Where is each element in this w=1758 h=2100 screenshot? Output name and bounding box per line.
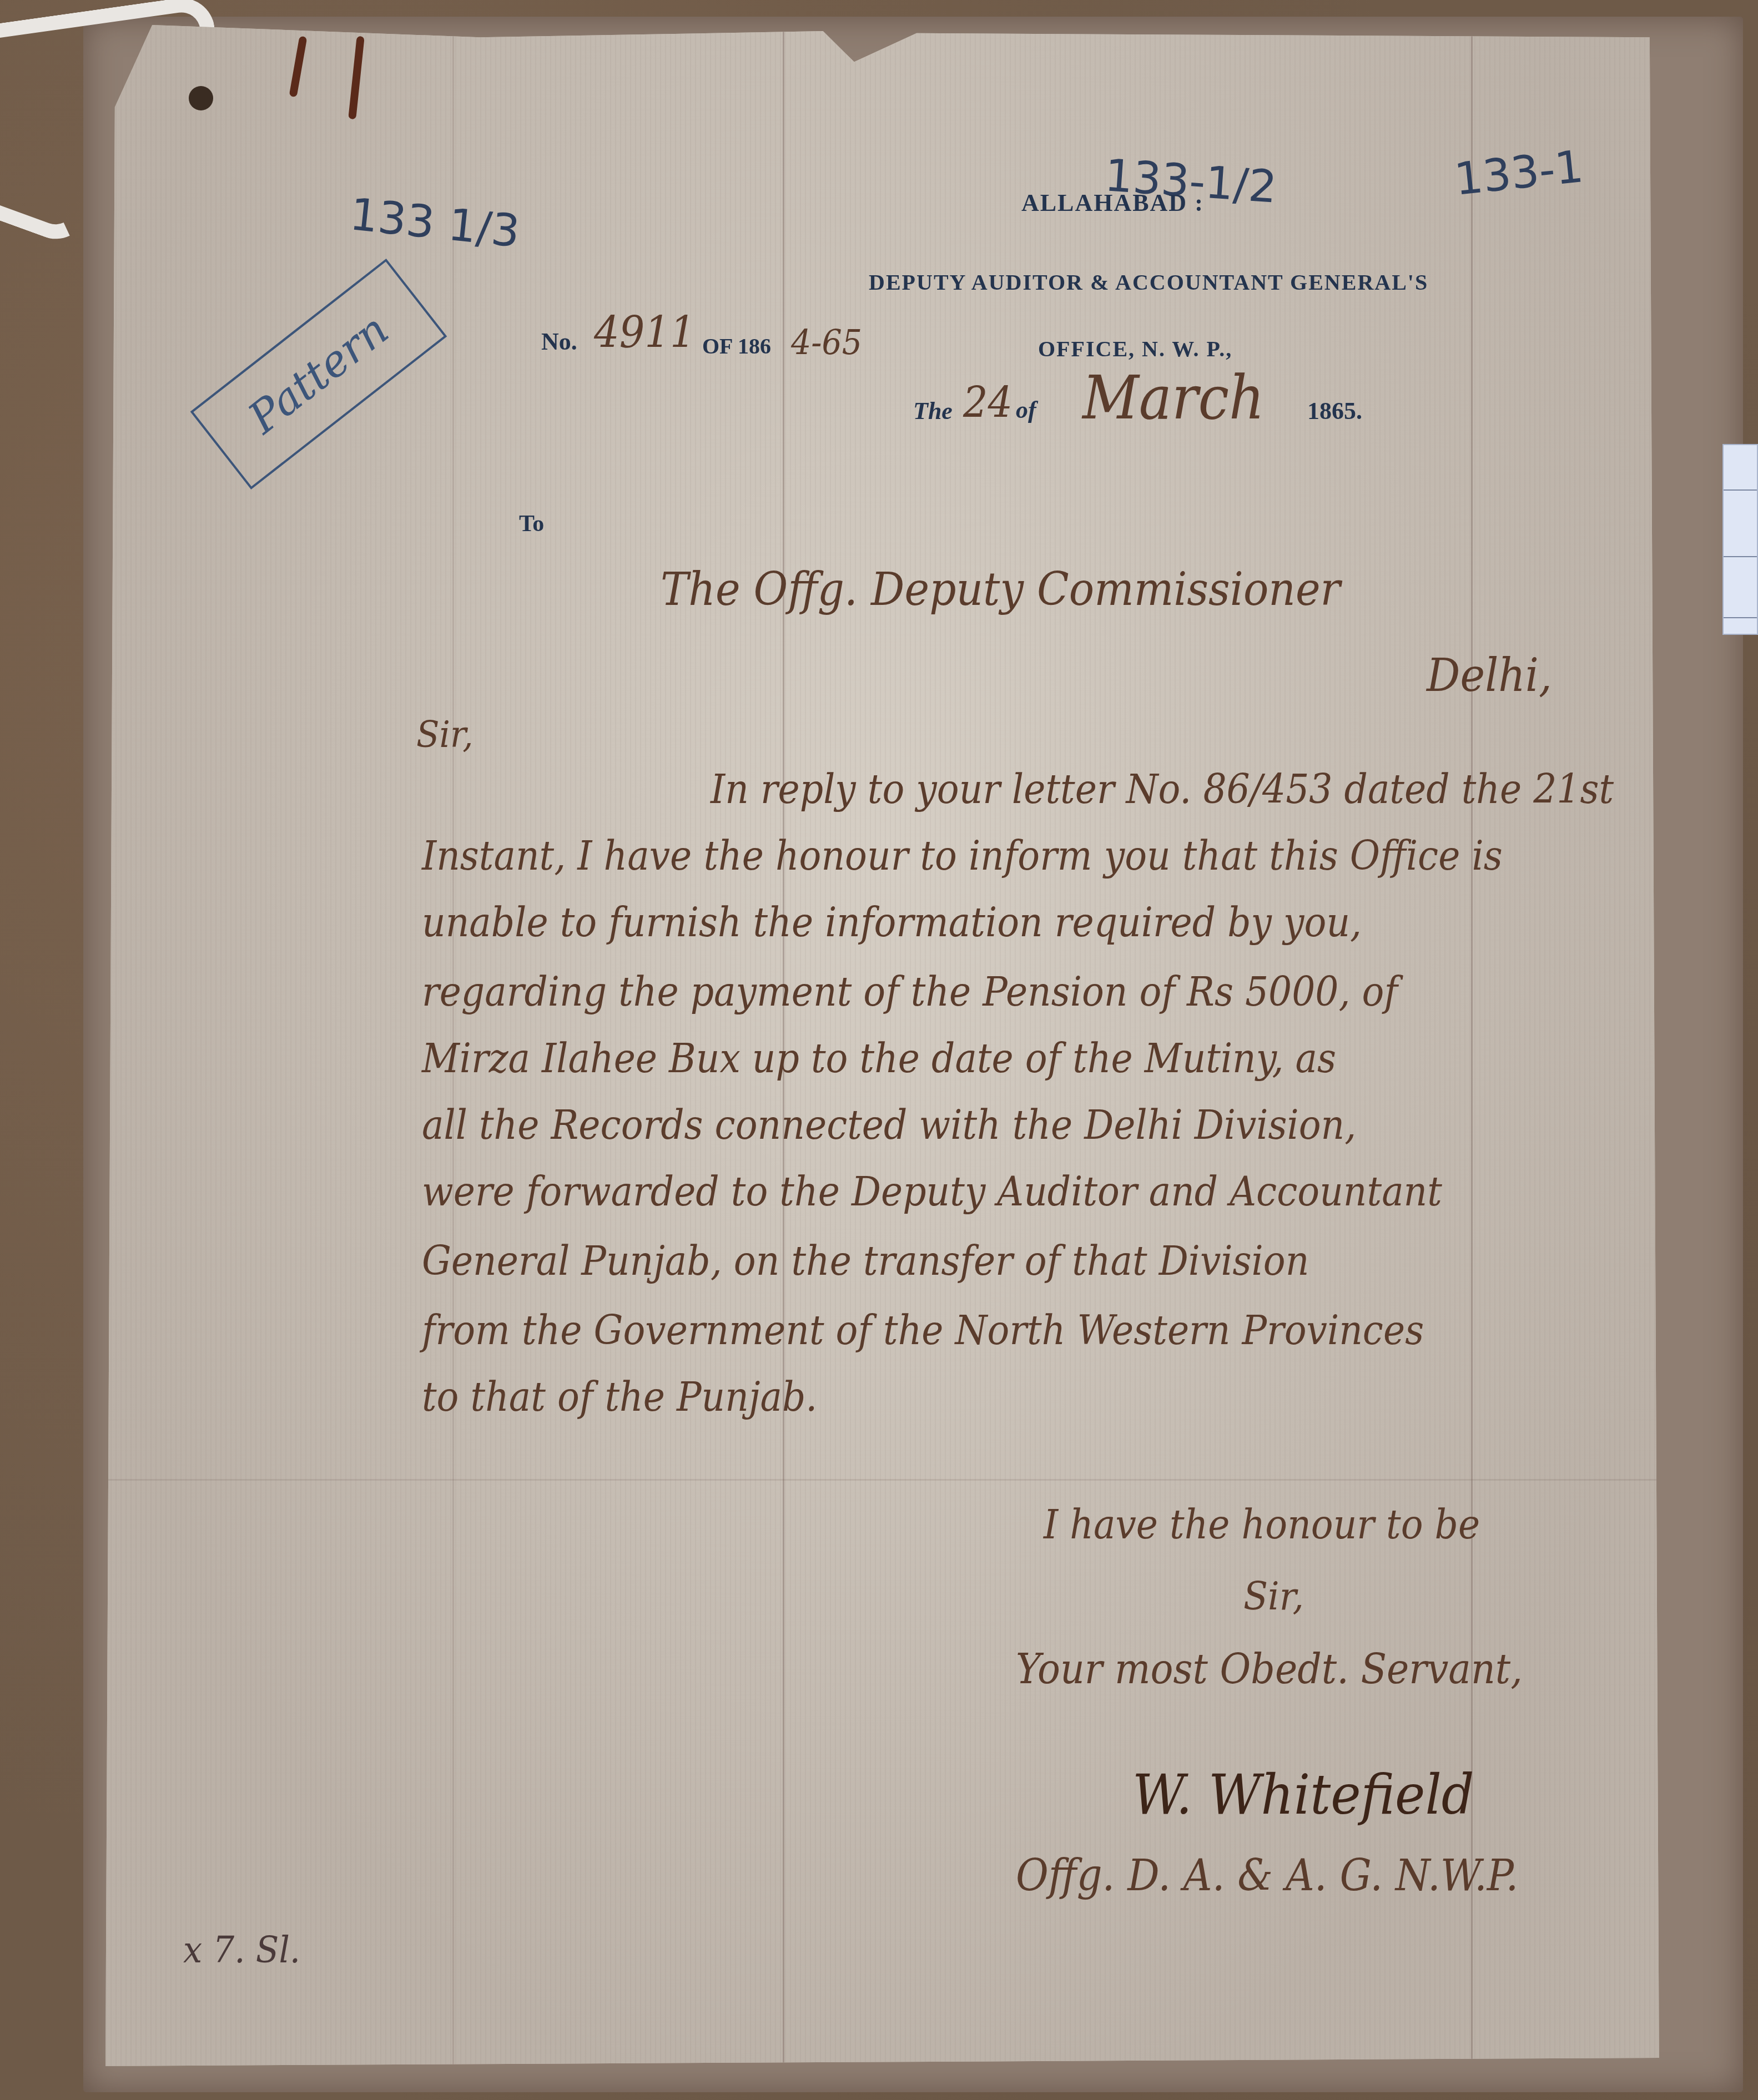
letter-year-label: OF 186 bbox=[702, 333, 771, 359]
letter-year-value: 4-65 bbox=[791, 322, 862, 362]
salutation: Sir, bbox=[416, 713, 473, 756]
body-line: General Punjab, on the transfer of that … bbox=[422, 1238, 1309, 1284]
body-line: Mirza Ilahee Bux up to the date of the M… bbox=[422, 1035, 1336, 1082]
signature: W. Whitefield bbox=[1132, 1762, 1474, 1827]
date-prefix: The bbox=[913, 397, 953, 425]
addressee-line1: The Offg. Deputy Commissioner bbox=[661, 563, 1341, 616]
date-year: 1865. bbox=[1307, 397, 1362, 425]
file-reference-left: 133 1/3 bbox=[347, 188, 522, 258]
pattern-stamp: Pattern bbox=[190, 259, 447, 489]
date-day: 24 bbox=[963, 377, 1013, 427]
body-line: to that of the Punjab. bbox=[422, 1374, 817, 1420]
staple-rust-mark bbox=[348, 36, 365, 120]
to-label: To bbox=[519, 511, 544, 537]
letter-number-label: No. bbox=[541, 327, 577, 356]
fold-line bbox=[105, 1479, 1665, 1481]
stamp-text: Pattern bbox=[239, 305, 397, 444]
closing-line2: Sir, bbox=[1243, 1573, 1304, 1619]
date-of: of bbox=[1016, 396, 1036, 424]
closing-line3: Your most Obedt. Servant, bbox=[1016, 1645, 1523, 1693]
body-line: unable to furnish the information requir… bbox=[422, 899, 1362, 946]
addressee-line2: Delhi, bbox=[1427, 649, 1552, 702]
body-line: all the Records connected with the Delhi… bbox=[422, 1102, 1356, 1148]
letter-number-value: 4911 bbox=[594, 308, 696, 358]
body-line: regarding the payment of the Pension of … bbox=[422, 968, 1398, 1015]
body-line: were forwarded to the Deputy Auditor and… bbox=[422, 1168, 1442, 1215]
signature-title: Offg. D. A. & A. G. N.W.P. bbox=[1016, 1851, 1518, 1901]
letterhead-office-line1: DEPUTY AUDITOR & ACCOUNTANT GENERAL'S bbox=[869, 269, 1428, 295]
body-line: Instant, I have the honour to inform you… bbox=[422, 832, 1503, 879]
closing-line1: I have the honour to be bbox=[1044, 1501, 1480, 1548]
staple-rust-mark bbox=[289, 36, 308, 98]
letterhead-office-line2: OFFICE, N. W. P., bbox=[1038, 336, 1232, 362]
archive-flag-tab bbox=[1722, 444, 1758, 635]
body-line: In reply to your letter No. 86/453 dated… bbox=[711, 766, 1614, 812]
body-line: from the Government of the North Western… bbox=[422, 1307, 1424, 1354]
date-month: March bbox=[1082, 364, 1265, 433]
letter-sheet: 133 1/3 133-1/2 133-1 Pattern ALLAHABAD … bbox=[105, 25, 1665, 2078]
bottom-left-note: x 7. Sl. bbox=[183, 1929, 300, 1971]
punch-hole bbox=[189, 86, 213, 110]
letterhead-place: ALLAHABAD : bbox=[1021, 189, 1204, 217]
